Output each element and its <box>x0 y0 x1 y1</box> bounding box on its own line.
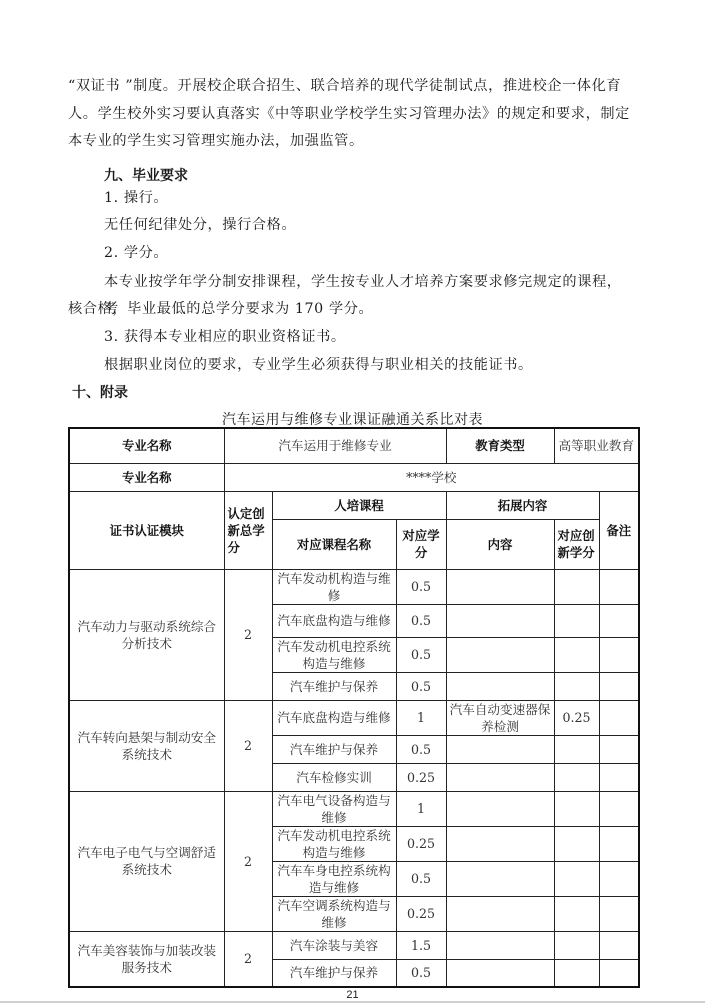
course-credit: 0.5 <box>396 861 446 896</box>
remark <box>599 735 639 763</box>
course-name: 汽车发动机构造与维修 <box>272 569 396 604</box>
course-name: 汽车空调系统构造与维修 <box>272 896 396 931</box>
remark <box>599 700 639 735</box>
education-type-value: 高等职业教育 <box>554 428 639 463</box>
course-name: 汽车检修实训 <box>272 763 396 791</box>
ext-credit <box>554 931 599 959</box>
course-credit: 0.5 <box>396 672 446 700</box>
table-row-school: 专业名称 ****学校 <box>69 463 639 491</box>
course-credit: 1 <box>396 700 446 735</box>
course-name: 汽车涂装与美容 <box>272 931 396 959</box>
header-ext-group: 拓展内容 <box>446 491 599 519</box>
ext-credit <box>554 861 599 896</box>
ext-content <box>446 672 554 700</box>
item-conduct-text: 无任何纪律处分，操行合格。 <box>104 212 670 239</box>
header-total-credit: 认定创新总学分 <box>224 491 272 569</box>
ext-content <box>446 604 554 637</box>
education-type-label: 教育类型 <box>446 428 554 463</box>
table-caption: 汽车运用与维修专业课证融通关系比对表 <box>0 409 705 429</box>
module-total-credit: 2 <box>224 569 272 700</box>
course-name: 汽车电气设备构造与维修 <box>272 791 396 826</box>
ext-credit <box>554 637 599 672</box>
course-name: 汽车维护与保养 <box>272 735 396 763</box>
module-name: 汽车转向悬架与制动安全系统技术 <box>69 700 224 791</box>
header-course-name: 对应课程名称 <box>272 519 396 569</box>
course-credit: 0.5 <box>396 637 446 672</box>
course-credit: 0.5 <box>396 569 446 604</box>
ext-content <box>446 569 554 604</box>
ext-content <box>446 791 554 826</box>
ext-content <box>446 931 554 959</box>
module-total-credit: 2 <box>224 700 272 791</box>
course-credit: 0.5 <box>396 959 446 987</box>
header-course-group: 人培课程 <box>272 491 446 519</box>
module-name: 汽车美容装饰与加装改装服务技术 <box>69 931 224 987</box>
remark <box>599 637 639 672</box>
item-cert-title: 3. 获得本专业相应的职业资格证书。 <box>68 324 634 351</box>
section-heading-appendix: 十、附录 <box>72 382 128 402</box>
remark <box>599 569 639 604</box>
course-name: 汽车底盘构造与维修 <box>272 700 396 735</box>
item-credit-title: 2. 学分。 <box>104 240 670 267</box>
remark <box>599 672 639 700</box>
remark <box>599 763 639 791</box>
course-credit: 0.25 <box>396 826 446 861</box>
header-ext-content: 内容 <box>446 519 554 569</box>
course-name: 汽车维护与保养 <box>272 959 396 987</box>
major-name-label: 专业名称 <box>69 428 224 463</box>
ext-credit <box>554 735 599 763</box>
table-row-major: 专业名称 汽车运用于维修专业 教育类型 高等职业教育 <box>69 428 639 463</box>
module-total-credit: 2 <box>224 791 272 931</box>
course-credit: 1.5 <box>396 931 446 959</box>
item-conduct-title: 1. 操行。 <box>104 185 670 212</box>
course-name: 汽车底盘构造与维修 <box>272 604 396 637</box>
item-credit-text-line2: 核合格，毕业最低的总学分要求为 170 学分。 <box>68 296 634 323</box>
table-row: 汽车转向悬架与制动安全系统技术 2 汽车底盘构造与维修 1 汽车自动变速器保养检… <box>69 700 639 735</box>
ext-content <box>446 735 554 763</box>
ext-content: 汽车自动变速器保养检测 <box>446 700 554 735</box>
table-header-row1: 证书认证模块 认定创新总学分 人培课程 拓展内容 备注 <box>69 491 639 519</box>
remark <box>599 791 639 826</box>
table-row: 汽车动力与驱动系统综合分析技术 2 汽车发动机构造与维修 0.5 <box>69 569 639 604</box>
course-credit: 0.25 <box>396 896 446 931</box>
ext-credit <box>554 959 599 987</box>
remark <box>599 931 639 959</box>
course-name: 汽车发动机电控系统构造与维修 <box>272 826 396 861</box>
school-label: 专业名称 <box>69 463 224 491</box>
module-name: 汽车电子电气与空调舒适系统技术 <box>69 791 224 931</box>
ext-content <box>446 826 554 861</box>
course-credit: 0.5 <box>396 604 446 637</box>
ext-credit <box>554 791 599 826</box>
table-row: 汽车电子电气与空调舒适系统技术 2 汽车电气设备构造与维修 1 <box>69 791 639 826</box>
item-cert-text: 根据职业岗位的要求，专业学生必须获得与职业相关的技能证书。 <box>68 352 634 379</box>
course-certificate-table: 专业名称 汽车运用于维修专业 教育类型 高等职业教育 专业名称 ****学校 证… <box>68 427 640 988</box>
ext-credit <box>554 672 599 700</box>
remark <box>599 959 639 987</box>
ext-content <box>446 861 554 896</box>
remark <box>599 896 639 931</box>
ext-content <box>446 637 554 672</box>
remark <box>599 861 639 896</box>
page-number: 21 <box>0 989 705 1001</box>
header-course-credit: 对应学分 <box>396 519 446 569</box>
ext-content <box>446 959 554 987</box>
course-credit: 0.25 <box>396 763 446 791</box>
course-credit: 1 <box>396 791 446 826</box>
ext-content <box>446 896 554 931</box>
course-name: 汽车维护与保养 <box>272 672 396 700</box>
remark <box>599 604 639 637</box>
course-name: 汽车发动机电控系统构造与维修 <box>272 637 396 672</box>
paragraph-practice-line3: 本专业的学生实习管理实施办法，加强监管。 <box>68 128 634 155</box>
course-name: 汽车车身电控系统构造与维修 <box>272 861 396 896</box>
module-name: 汽车动力与驱动系统综合分析技术 <box>69 569 224 700</box>
ext-credit <box>554 896 599 931</box>
course-credit: 0.5 <box>396 735 446 763</box>
ext-credit: 0.25 <box>554 700 599 735</box>
table-row: 汽车美容装饰与加装改装服务技术 2 汽车涂装与美容 1.5 <box>69 931 639 959</box>
ext-credit <box>554 826 599 861</box>
remark <box>599 826 639 861</box>
school-value: ****学校 <box>224 463 639 491</box>
ext-credit <box>554 604 599 637</box>
header-module: 证书认证模块 <box>69 491 224 569</box>
section-heading-graduation: 九、毕业要求 <box>104 165 188 185</box>
module-total-credit: 2 <box>224 931 272 987</box>
header-remark: 备注 <box>599 491 639 569</box>
ext-content <box>446 763 554 791</box>
paragraph-practice-line2: 人。学生校外实习要认真落实《中等职业学校学生实习管理办法》的规定和要求，制定 <box>68 101 634 128</box>
header-ext-credit: 对应创新学分 <box>554 519 599 569</box>
ext-credit <box>554 569 599 604</box>
paragraph-practice-line1: “双证书 ”制度。开展校企联合招生、联合培养的现代学徒制试点，推进校企一体化育 <box>68 73 634 100</box>
ext-credit <box>554 763 599 791</box>
major-name-value: 汽车运用于维修专业 <box>224 428 446 463</box>
